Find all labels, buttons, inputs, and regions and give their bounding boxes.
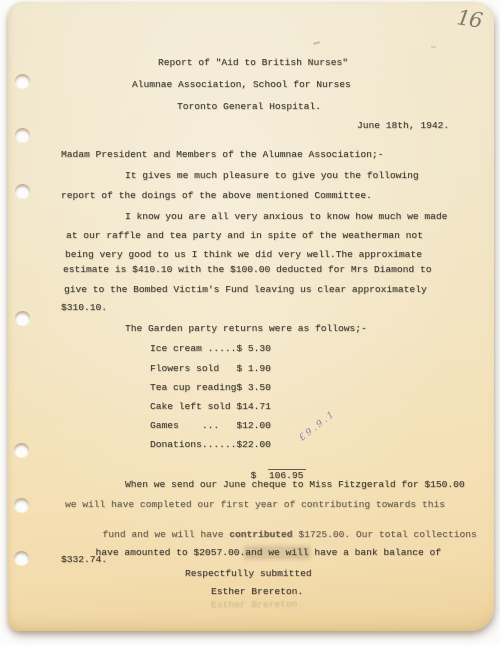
body-line: give to the Bombed Victim's Fund leaving…: [64, 284, 427, 296]
returns-row: Ice cream .....$ 5.30: [150, 343, 271, 355]
punch-hole: [15, 184, 30, 198]
stain-mark: [313, 41, 320, 44]
returns-intro-line: The Garden party returns were as follows…: [125, 323, 367, 335]
punch-hole: [14, 443, 29, 457]
body-line: It gives me much pleasure to give you th…: [125, 170, 419, 182]
body-line: report of the doings of the above mentio…: [61, 190, 372, 202]
returns-row: Tea cup reading$ 3.50: [150, 382, 271, 394]
body-line: estimate is $410.10 with the $100.00 ded…: [63, 264, 431, 276]
paper-sheet: 16 Report of "Aid to British Nurses" Alu…: [8, 2, 494, 631]
punch-hole: [15, 74, 30, 88]
heading-line-3: Toronto General Hospital.: [177, 101, 321, 113]
punch-hole: [15, 311, 30, 325]
salutation-line: Madam President and Members of the Alumn…: [61, 149, 383, 161]
scanned-page-background: 16 Report of "Aid to British Nurses" Alu…: [0, 0, 500, 645]
body-text: have a bank balance of: [309, 547, 441, 558]
body-line: $332.74.: [61, 554, 107, 566]
ghost-signature: Esther Brereton.: [211, 599, 303, 612]
body-line: we will have completed our first year of…: [65, 499, 445, 511]
returns-row: Cake left sold $14.71: [150, 401, 271, 413]
punch-hole: [15, 128, 30, 142]
body-line: at our raffle and tea party and in spite…: [66, 230, 423, 242]
punch-hole: [14, 551, 29, 565]
heading-line-1: Report of "Aid to British Nurses": [158, 57, 348, 69]
body-line: being very good to us I think we did ver…: [65, 249, 422, 261]
body-line: $310.10.: [61, 302, 107, 314]
returns-row: Flowers sold $ 1.90: [150, 363, 271, 375]
heading-line-2: Alumnae Association, School for Nurses: [132, 79, 351, 91]
returns-row: Donations......$22.00: [150, 439, 271, 451]
page-number-annotation: 16: [455, 5, 483, 33]
closing-line: Respectfully submitted: [185, 568, 312, 580]
date-line: June 18th, 1942.: [357, 120, 449, 132]
body-line: I know you are all very anxious to know …: [125, 211, 447, 223]
body-text: have amounted to $2057.00.: [96, 547, 246, 558]
body-line: When we send our June cheque to Miss Fit…: [125, 479, 465, 491]
body-line: have amounted to $2057.00.and we will ha…: [61, 535, 441, 571]
returns-row: Games ... $12.00: [150, 420, 271, 432]
stain-mark: [431, 46, 436, 48]
pencil-annotation: £9.9.1: [298, 409, 339, 444]
signature-line: Esther Brereton.: [211, 586, 303, 598]
body-text-corrected: and we will: [245, 547, 308, 558]
punch-hole: [14, 498, 29, 512]
